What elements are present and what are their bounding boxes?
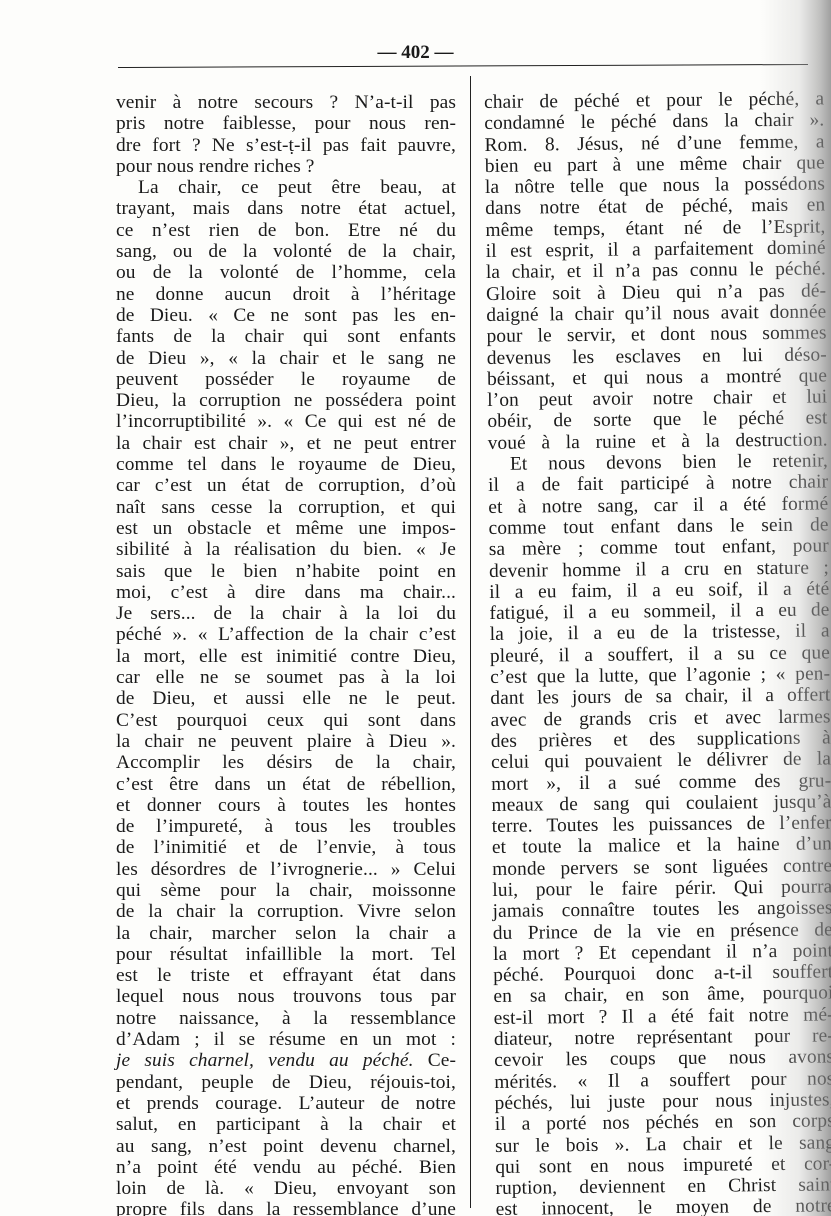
text-line: sa mère ; comme tout enfant, pour bbox=[489, 536, 829, 561]
text-line: pendant, peuple de Dieu, réjouis-toi, bbox=[116, 1072, 456, 1093]
text-line: est le triste et effrayant état dans bbox=[116, 965, 456, 986]
text-line: Accomplir les désirs de la chair, bbox=[116, 752, 456, 773]
text-line: la chair ne peuvent plaire à Dieu ». bbox=[116, 731, 456, 752]
page-number: — 402 — bbox=[0, 42, 831, 64]
text-line: venir à notre secours ? N’a-t-il pas bbox=[116, 92, 456, 113]
text-line: de la chair la corruption. Vivre selon bbox=[116, 901, 456, 922]
text-line: est un obstacle et même une impos- bbox=[116, 518, 456, 539]
text-line: comme tel dans le royaume de Dieu, bbox=[116, 454, 456, 475]
text-line: sibilité à la réalisation du bien. « Je bbox=[116, 539, 456, 560]
text-line: pour résultat infaillible la mort. Tel bbox=[116, 944, 456, 965]
text-line: et donner cours à toutes les hontes bbox=[116, 795, 456, 816]
text-line: Je sers... de la chair à la loi du bbox=[116, 603, 456, 624]
header-rule bbox=[118, 64, 808, 68]
text-line: péché ». « L’affection de la chair c’est bbox=[116, 624, 456, 645]
text-line: La chair, ce peut être beau, at bbox=[116, 177, 456, 198]
text-line: la chair, et il n’a pas connu le péché. bbox=[486, 259, 826, 284]
text-line: de l’impureté, à tous les troubles bbox=[116, 816, 456, 837]
text-line: pour le servir, et dont nous sommes bbox=[486, 323, 826, 348]
text-line: la chair, marcher selon la chair a bbox=[116, 923, 456, 944]
text-line: C’est pourquoi ceux qui sont dans bbox=[116, 710, 456, 731]
text-line: il a porté nos péchés en son corps bbox=[495, 1111, 831, 1136]
text-line: naît sans cesse la corruption, et qui bbox=[116, 497, 456, 518]
text-line: celui qui pouvaient le délivrer de la bbox=[491, 749, 831, 774]
text-line: car c’est un état de corruption, d’où bbox=[116, 475, 456, 496]
text-line: pris notre faiblesse, pour nous ren- bbox=[116, 113, 456, 134]
text-line: loin de là. « Dieu, envoyant son bbox=[116, 1178, 456, 1199]
text-line: ou de la volonté de l’homme, cela bbox=[116, 262, 456, 283]
text-line: est innocent, le moyen de notre bbox=[496, 1196, 831, 1216]
text-line: notre naissance, à la ressemblance bbox=[116, 1008, 456, 1029]
text-line: dre fort ? Ne s’est-ṭ-il pas fait pauvre… bbox=[116, 135, 456, 156]
text-line: lequel nous nous trouvons tous par bbox=[116, 986, 456, 1007]
text-line: sang, ou de la volonté de la chair, bbox=[116, 241, 456, 262]
text-line: ce n’est rien de bon. Etre né du bbox=[116, 220, 456, 241]
text-line: dant les jours de sa chair, il a offert bbox=[490, 685, 830, 710]
text-line: je suis charnel, vendu au péché. Ce- bbox=[116, 1050, 456, 1071]
text-line: au sang, n’est point devenu charnel, bbox=[116, 1136, 456, 1157]
text-line: il a de fait participé à notre chair bbox=[488, 472, 828, 497]
text-line: cevoir les coups que nous avons bbox=[494, 1047, 831, 1072]
column-divider bbox=[470, 76, 471, 1208]
text-line: condamné le péché dans la chair ». bbox=[484, 110, 824, 135]
italic-quote: je suis charnel, vendu au péché. bbox=[116, 1050, 414, 1071]
text-line: de Dieu », « la chair et le sang ne bbox=[116, 348, 456, 369]
text-line: la chair est chair », et ne peut entrer bbox=[116, 433, 456, 454]
text-line: n’a point été vendu au péché. Bien bbox=[116, 1157, 456, 1178]
text-line: peuvent posséder le royaume de bbox=[116, 369, 456, 390]
text-line: et prends courage. L’auteur de notre bbox=[116, 1093, 456, 1114]
text-line: de Dieu, et aussi elle ne le peut. bbox=[116, 688, 456, 709]
text-line: ne donne aucun droit à l’héritage bbox=[116, 284, 456, 305]
text-line: Dieu, la corruption ne possédera point bbox=[116, 390, 456, 411]
text-line: pour nous rendre riches ? bbox=[116, 156, 456, 177]
text-line: moi, c’est à dire dans ma chair... bbox=[116, 582, 456, 603]
text-line: trayant, mais dans notre état actuel, bbox=[116, 198, 456, 219]
text-line: de l’inimitié et de l’envie, à tous bbox=[116, 837, 456, 858]
text-line: sais que le bien n’habite point en bbox=[116, 561, 456, 582]
text-fragment: Ce- bbox=[414, 1050, 456, 1071]
text-line: car elle ne se soumet pas à la loi bbox=[116, 667, 456, 688]
text-line: qui sème pour la chair, moissonne bbox=[116, 880, 456, 901]
text-line: les désordres de l’ivrognerie... » Celui bbox=[116, 859, 456, 880]
text-line: propre fils dans la ressemblance d’une bbox=[116, 1199, 456, 1216]
text-line: jamais connaître toutes les angoisses bbox=[492, 898, 831, 923]
text-line: de Dieu. « Ce ne sont pas les en- bbox=[116, 305, 456, 326]
text-line: d’Adam ; il se résume en un mot : bbox=[116, 1029, 456, 1050]
text-line: c’est être dans un état de rébellion, bbox=[116, 774, 456, 795]
left-column: venir à notre secours ? N’a-t-il paspris… bbox=[116, 92, 456, 1216]
text-line: la mort, elle est inimitié contre Dieu, bbox=[116, 646, 456, 667]
right-column: chair de péché et pour le péché, acondam… bbox=[484, 88, 831, 1216]
text-line: l’incorruptibilité ». « Ce qui est né de bbox=[116, 411, 456, 432]
text-line: salut, en participant à la chair et bbox=[116, 1114, 456, 1135]
text-line: fants de la chair qui sont enfants bbox=[116, 326, 456, 347]
text-line: et toute la malice et la haine d’un bbox=[492, 834, 831, 859]
